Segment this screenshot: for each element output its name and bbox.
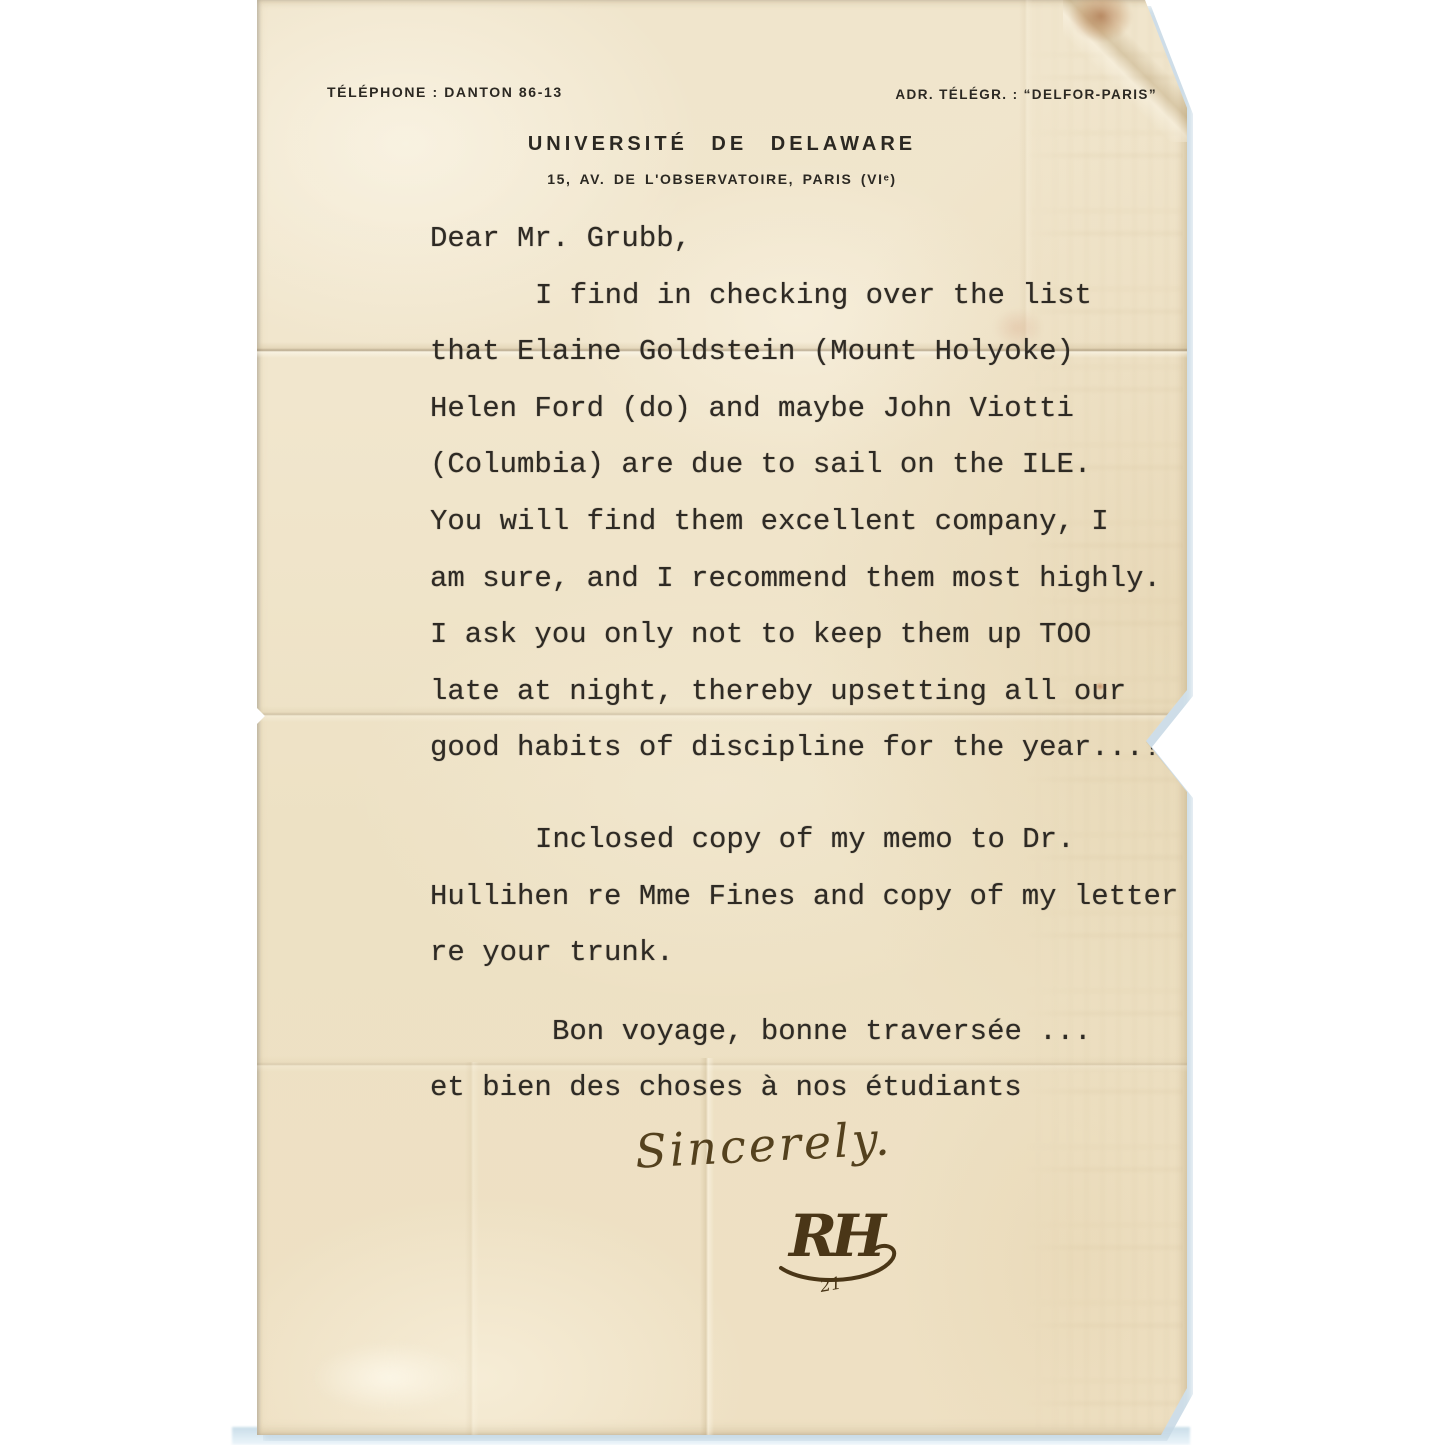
handwritten-closing: Sincerely. <box>634 1111 894 1178</box>
typed-line: You will find them excellent company, I <box>430 494 1205 551</box>
letterhead-telegraph: ADR. TÉLÉGR. : “DELFOR-PARIS” <box>895 87 1157 102</box>
letterhead-address: 15, AV. DE L'OBSERVATOIRE, PARIS (VIᵉ) <box>257 171 1187 187</box>
typed-line: that Elaine Goldstein (Mount Holyoke) <box>430 324 1205 381</box>
letter-paper: TÉLÉPHONE : DANTON 86-13 ADR. TÉLÉGR. : … <box>257 0 1187 1435</box>
letterhead-phone: TÉLÉPHONE : DANTON 86-13 <box>327 84 563 100</box>
typed-line: Bon voyage, bonne traversée ... <box>430 1004 1205 1061</box>
bright-patch-bottom-left <box>285 1330 495 1425</box>
typed-line: Helen Ford (do) and maybe John Viotti <box>430 381 1205 438</box>
letterhead-institution: UNIVERSITÉ DE DELAWARE <box>257 133 1187 156</box>
typed-line: am sure, and I recommend them most highl… <box>430 551 1205 608</box>
typed-line: late at night, thereby upsetting all our <box>430 664 1205 721</box>
typed-line: Hullihen re Mme Fines and copy of my let… <box>430 869 1205 926</box>
typed-line: (Columbia) are due to sail on the ILE. <box>430 437 1205 494</box>
typed-line: good habits of discipline for the year..… <box>430 720 1205 777</box>
typed-line: I ask you only not to keep them up TOO <box>430 607 1205 664</box>
typed-line-salutation: Dear Mr. Grubb, <box>430 211 1205 268</box>
typed-line: et bien des choses à nos étudiants <box>430 1060 1205 1117</box>
typed-line: I find in checking over the list <box>430 268 1205 325</box>
monogram-initials: RH <box>787 1202 888 1270</box>
scanned-letter-page: TÉLÉPHONE : DANTON 86-13 ADR. TÉLÉGR. : … <box>0 0 1445 1445</box>
typed-line: Inclosed copy of my memo to Dr. <box>430 812 1205 869</box>
typed-line: re your trunk. <box>430 925 1205 982</box>
letter-body: Dear Mr. Grubb, I find in checking over … <box>430 211 1205 1117</box>
handwritten-monogram: RH 21 <box>777 1192 927 1302</box>
monogram-note: 21 <box>817 1273 843 1297</box>
